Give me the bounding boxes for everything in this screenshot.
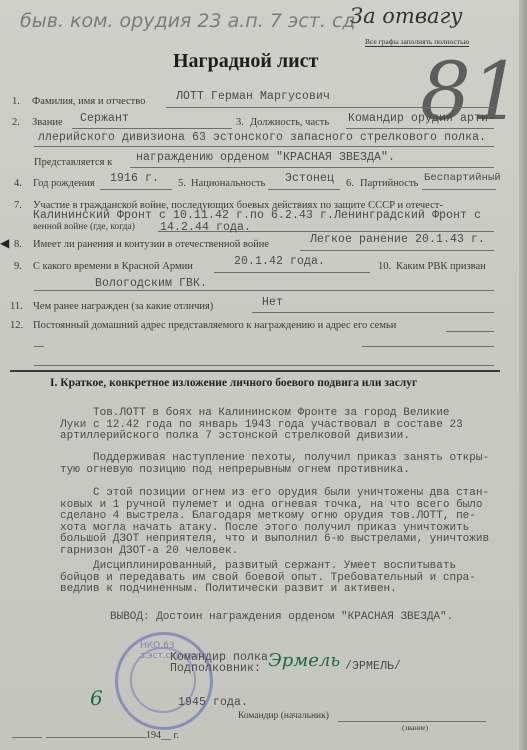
field-5-underline <box>268 189 340 190</box>
field-10-label: Каким РВК призван <box>396 261 486 272</box>
year-underline-a <box>12 737 42 738</box>
field-4-value: 1916 г. <box>110 172 159 185</box>
field-7-value-line2: 14.2.44 года. <box>160 221 251 234</box>
commander-label: Командир (начальник) <box>238 711 329 721</box>
field-4-label: Год рождения <box>33 178 95 189</box>
handwritten-header-note: быв. ком. орудия 23 а.п. 7 эст. сд <box>20 10 356 32</box>
field-12-number: 12. <box>10 320 23 331</box>
narrative-paragraph-2: Поддерживая наступление пехоты, получил … <box>60 453 500 476</box>
field-3-underline <box>346 128 494 129</box>
narrative-paragraph-3: С этой позиции огнем из его орудия были … <box>60 488 500 557</box>
field-3-underline-2 <box>34 146 494 147</box>
field-7-number: 7. <box>14 200 22 211</box>
presented-value: награждению орденом "КРАСНАЯ ЗВЕЗДА". <box>136 151 395 164</box>
narrative-paragraph-1: Тов.ЛОТТ в боях на Калининском Фронте за… <box>60 408 500 443</box>
field-5-label: Национальность <box>191 178 265 189</box>
field-11-value: Нет <box>262 296 283 309</box>
field-5-number: 5. <box>178 178 186 189</box>
rank-caption: (звание) <box>402 723 428 732</box>
field-12-underline-1 <box>446 331 494 332</box>
field-10-underline <box>34 290 494 291</box>
section-divider <box>10 370 500 372</box>
field-6-underline <box>422 189 496 190</box>
field-2-label: Звание <box>32 117 63 128</box>
page-title: Наградной лист <box>173 50 318 73</box>
presented-underline <box>130 167 494 168</box>
field-1-label: Фамилия, имя и отчество <box>32 96 145 107</box>
signoff-position-line2: Подполковник: <box>170 662 261 675</box>
field-1-value: ЛОТТ Герман Маргусович <box>176 90 330 103</box>
field-3-value-line2: ллерийского дивизиона 63 эстонского запа… <box>38 131 486 144</box>
field-12-underline-2b <box>362 346 494 347</box>
field-5-value: Эстонец <box>285 172 334 185</box>
field-4-underline <box>100 189 172 190</box>
field-2-underline <box>72 128 232 129</box>
field-4-number: 4. <box>14 178 22 189</box>
field-11-number: 11. <box>10 301 23 312</box>
field-3-value-line1: Командир орудия арти- <box>348 112 495 125</box>
field-2-value: Сержант <box>80 112 129 125</box>
field-11-label: Чем ранее награжден (за какие отличия) <box>33 301 213 312</box>
handwritten-resolution: За отвагу <box>350 4 462 28</box>
date-rest: 1945 года. <box>178 696 248 709</box>
date-day: 6 <box>90 686 103 710</box>
field-10-value: Вологодским ГВК. <box>95 277 207 290</box>
section-1-heading: I. Краткое, конкретное изложение личного… <box>50 377 417 389</box>
commander-signature: Эрмель <box>268 650 340 671</box>
field-9-label: С какого времени в Красной Армии <box>33 261 193 272</box>
field-6-number: 6. <box>346 178 354 189</box>
page-edge <box>519 0 527 750</box>
field-1-number: 1. <box>12 96 20 107</box>
year-underline-b <box>46 737 146 738</box>
field-9-underline <box>214 272 370 273</box>
official-stamp: НКО 63 з.эст.стр.полк <box>115 632 213 730</box>
field-9-number: 9. <box>14 261 22 272</box>
field-10-number: 10. <box>378 261 391 272</box>
field-12-underline-2a <box>34 346 44 347</box>
year-blank: 194__ г. <box>146 730 179 741</box>
field-12-underline-3 <box>34 365 494 366</box>
field-1-underline <box>166 107 494 108</box>
narrative-paragraph-4: Дисциплинированный, развитый сержант. Ум… <box>60 561 500 596</box>
signoff-name: /ЭРМЕЛЬ/ <box>345 660 401 673</box>
field-8-underline <box>300 250 494 251</box>
conclusion: ВЫВОД: Достоин награждения орденом "КРАС… <box>110 612 527 624</box>
field-6-value: Беспартийный <box>424 172 501 184</box>
field-7-label-line2: венной войне (где, когда) <box>33 222 135 232</box>
field-9-value: 20.1.42 года. <box>234 255 325 268</box>
field-6-label: Партийность <box>360 178 418 189</box>
field-11-underline <box>252 312 494 313</box>
field-3-label: Должность, часть <box>250 117 329 128</box>
field-3-number: 3. <box>236 117 244 128</box>
field-2-number: 2. <box>12 117 20 128</box>
field-7-value-line1: Калининский Фронт с 10.11.42 г.по 6.2.43… <box>33 209 481 222</box>
field-8-value: Легкое ранение 20.1.43 г. <box>310 233 485 246</box>
field-8-number: 8. <box>14 239 22 250</box>
field-12-label: Постоянный домашний адрес представляемог… <box>33 320 396 331</box>
field-8-label: Имеет ли ранения и контузии в отечествен… <box>33 239 269 250</box>
pointer-mark-icon: ◀ <box>0 236 9 250</box>
award-sheet-page: быв. ком. орудия 23 а.п. 7 эст. сд За от… <box>0 0 527 750</box>
commander-underline <box>338 721 486 722</box>
presented-label: Представляется к <box>34 157 112 168</box>
